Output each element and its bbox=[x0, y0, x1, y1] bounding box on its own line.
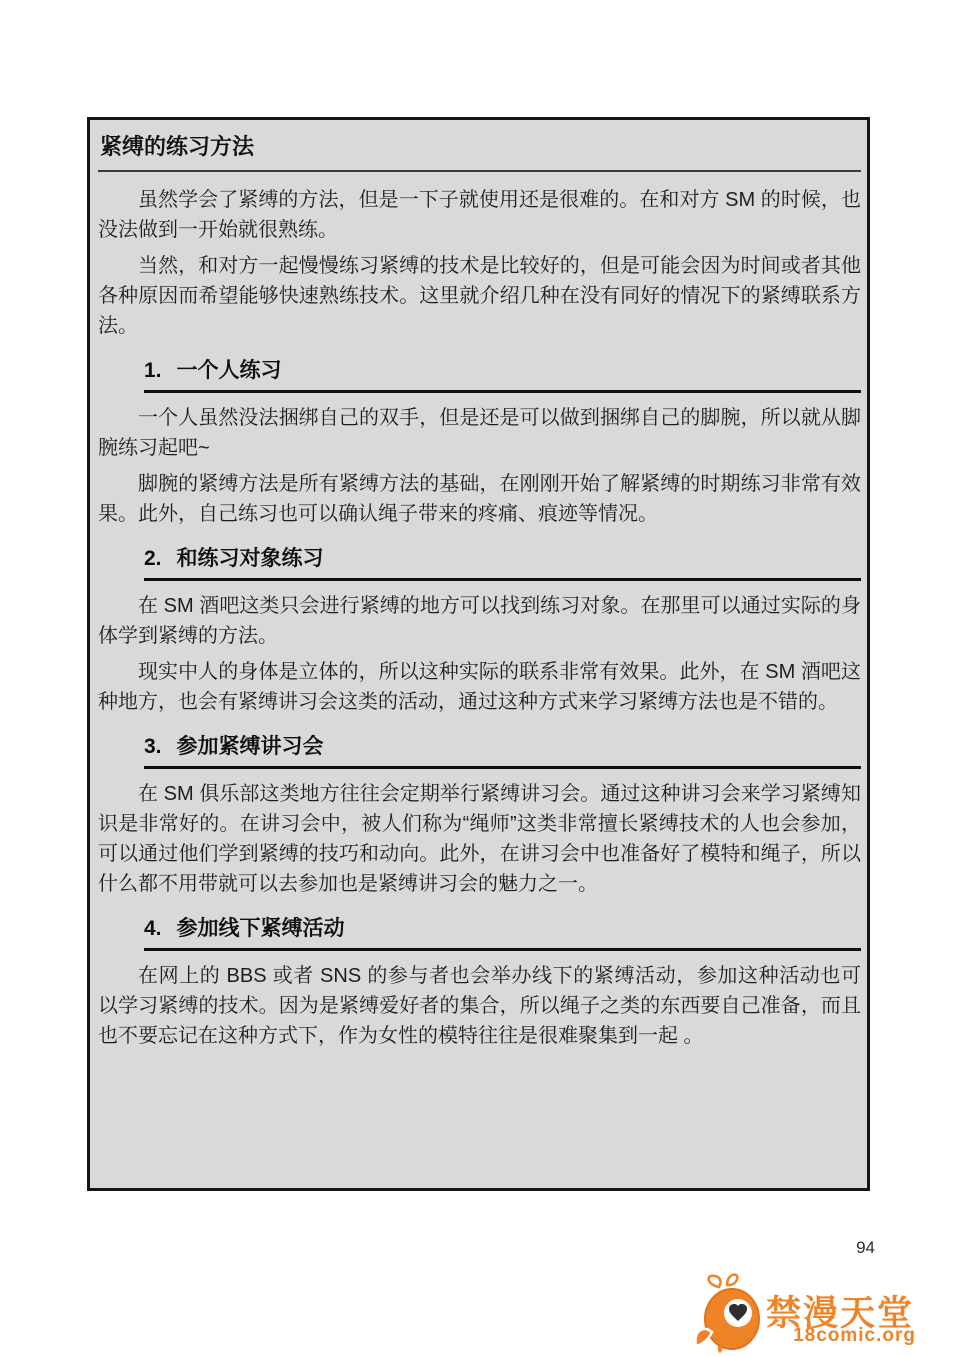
section-number: 1. bbox=[144, 357, 162, 385]
watermark-site-url: 18comic.org bbox=[770, 1325, 916, 1347]
section-paragraph: 在 SM 酒吧这类只会进行紧缚的地方可以找到练习对象。在那里可以通过实际的身体学… bbox=[98, 591, 861, 651]
orange-mascot-icon bbox=[694, 1270, 766, 1356]
page-number: 94 bbox=[856, 1238, 875, 1258]
section-heading-3: 3.参加紧缚讲习会 bbox=[144, 733, 861, 769]
section-paragraph: 脚腕的紧缚方法是所有紧缚方法的基础，在刚刚开始了解紧缚的时期练习非常有效果。此外… bbox=[98, 469, 861, 529]
section-heading-4: 4.参加线下紧缚活动 bbox=[144, 915, 861, 951]
section-paragraph: 现实中人的身体是立体的，所以这种实际的联系非常有效果。此外，在 SM 酒吧这种地… bbox=[98, 657, 861, 717]
intro-paragraph: 虽然学会了紧缚的方法，但是一下子就使用还是很难的。在和对方 SM 的时候，也没法… bbox=[98, 185, 861, 245]
article-box: 紧缚的练习方法 虽然学会了紧缚的方法，但是一下子就使用还是很难的。在和对方 SM… bbox=[87, 117, 870, 1191]
section-heading-1: 1.一个人练习 bbox=[144, 357, 861, 393]
section-title: 参加紧缚讲习会 bbox=[177, 735, 324, 758]
watermark-logo: 禁漫天堂 18comic.org bbox=[694, 1270, 934, 1356]
section-number: 4. bbox=[144, 915, 162, 943]
section-number: 3. bbox=[144, 733, 162, 761]
section-paragraph: 在 SM 俱乐部这类地方往往会定期举行紧缚讲习会。通过这种讲习会来学习紧缚知识是… bbox=[98, 779, 861, 899]
document-page: 紧缚的练习方法 虽然学会了紧缚的方法，但是一下子就使用还是很难的。在和对方 SM… bbox=[0, 0, 960, 1356]
section-title: 参加线下紧缚活动 bbox=[177, 917, 345, 940]
page-title: 紧缚的练习方法 bbox=[98, 134, 861, 172]
section-title: 一个人练习 bbox=[177, 359, 282, 382]
section-title: 和练习对象练习 bbox=[177, 547, 324, 570]
section-paragraph: 一个人虽然没法捆绑自己的双手，但是还是可以做到捆绑自己的脚腕，所以就从脚腕练习起… bbox=[98, 403, 861, 463]
section-heading-2: 2.和练习对象练习 bbox=[144, 545, 861, 581]
section-paragraph: 在网上的 BBS 或者 SNS 的参与者也会举办线下的紧缚活动，参加这种活动也可… bbox=[98, 961, 861, 1051]
section-number: 2. bbox=[144, 545, 162, 573]
intro-paragraph: 当然，和对方一起慢慢练习紧缚的技术是比较好的，但是可能会因为时间或者其他各种原因… bbox=[98, 251, 861, 341]
